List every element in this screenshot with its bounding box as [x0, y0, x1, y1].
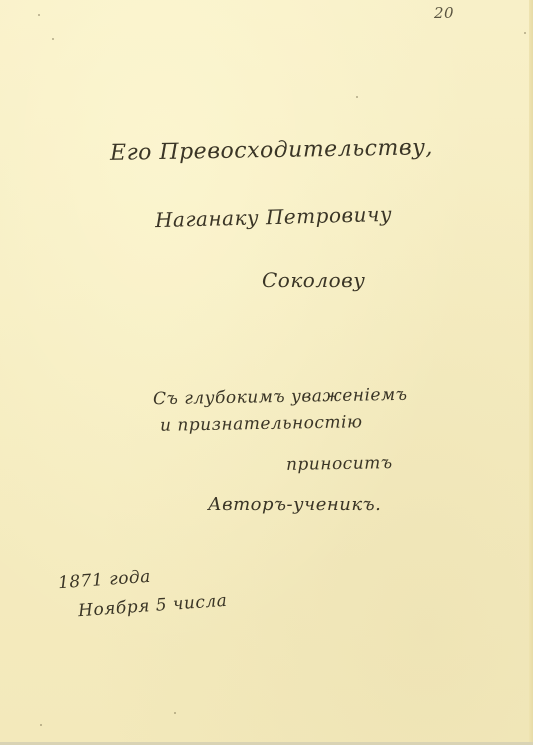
inscription-line-3: приноситъ: [286, 453, 393, 475]
dedication-surname-line: Соколову: [262, 268, 365, 292]
dedication-title-line: Его Превосходительству,: [110, 135, 433, 166]
inscription-line-2: и признательностію: [160, 412, 363, 436]
inscription-line-1: Съ глубокимъ уваженіемъ: [153, 385, 408, 409]
page-right-edge: [529, 0, 533, 745]
dedication-name-line: Наганаку Петровичу: [155, 202, 393, 232]
inscription-signature: Авторъ-ученикъ.: [208, 494, 381, 515]
manuscript-page: 20 Его Превосходительству, Наганаку Петр…: [0, 0, 533, 745]
date-day-line: Ноября 5 числа: [77, 591, 227, 621]
page-number: 20: [434, 4, 454, 22]
paper-speck: [524, 32, 526, 34]
paper-speck: [38, 14, 40, 16]
paper-speck: [174, 712, 176, 714]
paper-speck: [40, 724, 42, 726]
date-year-line: 1871 года: [57, 567, 151, 593]
paper-speck: [356, 96, 358, 98]
paper-speck: [52, 38, 54, 40]
